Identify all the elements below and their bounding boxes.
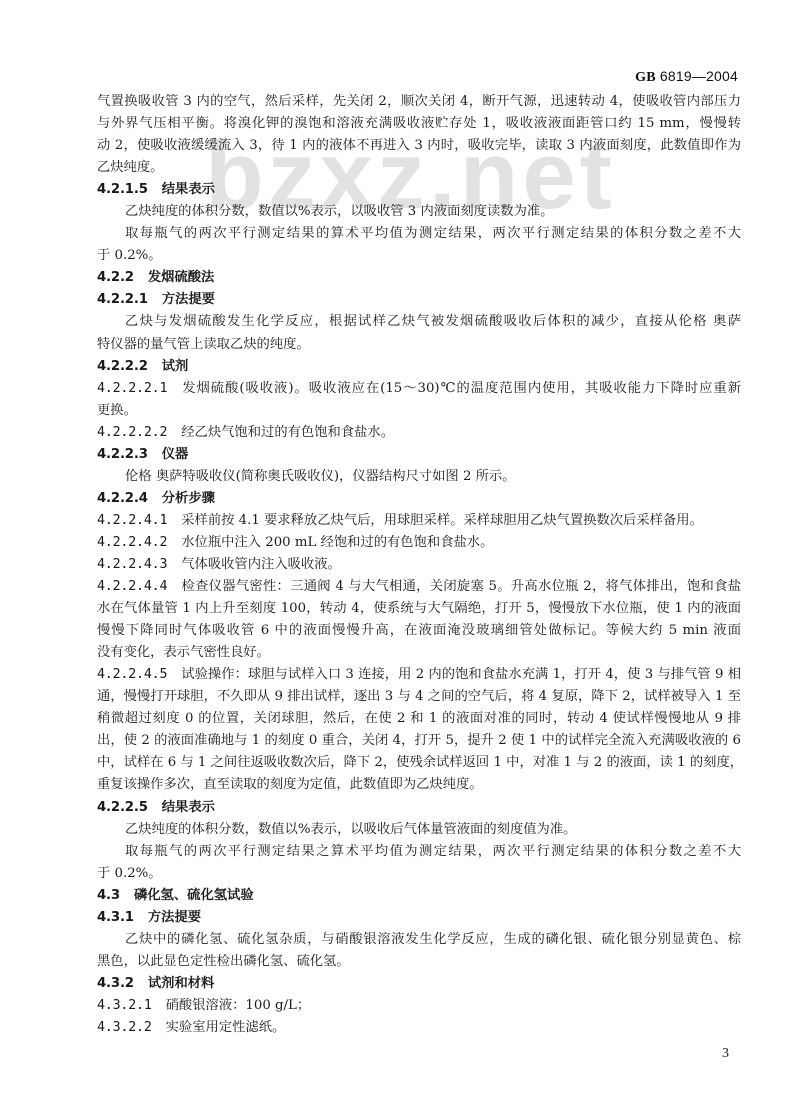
section-heading: 4.2.2.4分析步骤 [97, 488, 741, 510]
clause-number: 4.2.2.4.3 [97, 557, 167, 572]
section-title: 结果表示 [162, 800, 215, 815]
section-number: 4.3 [97, 888, 120, 903]
section-number: 4.3.1 [97, 910, 134, 925]
clause-text: 试验操作：球胆与试样入口 3 连接，用 2 内的饱和食盐水充满 1，打开 4，使… [181, 667, 741, 682]
section-title: 结果表示 [162, 182, 215, 197]
standard-number-header: GB 6819—2004 [635, 68, 738, 86]
clause-line: 4.2.2.4.4检查仪器气密性：三通阀 4 与大气相通，关闭旋塞 5。升高水位… [97, 576, 741, 598]
clause-line: 4.2.2.4.5试验操作：球胆与试样入口 3 连接，用 2 内的饱和食盐水充满… [97, 664, 741, 686]
clause-number: 4.3.2.2 [97, 1020, 152, 1035]
section-heading: 4.2.2.2试剂 [97, 356, 741, 378]
paragraph-line: 中，试样在 6 与 1 之间往返吸收数次后，降下 2，使残余试样返回 1 中，对… [97, 752, 741, 774]
clause-number: 4.3.2.1 [97, 998, 152, 1013]
clause-text: 水位瓶中注入 200 mL 经饱和过的有色饱和食盐水。 [181, 535, 493, 550]
paragraph-line: 重复该操作多次，直至读取的刻度为定值，此数值即为乙炔纯度。 [97, 774, 741, 796]
clause-text: 经乙炔气饱和过的有色饱和食盐水。 [181, 425, 394, 440]
clause-number: 4.2.2.4.1 [97, 513, 167, 528]
clause-number: 4.2.2.4.2 [97, 535, 167, 550]
clause-number: 4.2.2.2.2 [97, 425, 167, 440]
paragraph-line: 黑色，以此显色定性检出磷化氢、硫化氢。 [97, 951, 741, 973]
paragraph-line: 通，慢慢打开球胆，不久即从 9 排出试样，逐出 3 与 4 之间的空气后，将 4… [97, 686, 741, 708]
clause-text: 检查仪器气密性：三通阀 4 与大气相通，关闭旋塞 5。升高水位瓶 2，将气体排出… [181, 579, 741, 594]
section-title: 试剂 [162, 359, 189, 374]
paragraph-line: 乙炔中的磷化氢、硫化氢杂质，与硝酸银溶液发生化学反应，生成的磷化银、硫化银分别显… [97, 929, 741, 951]
clause-text: 硝酸银溶液：100 g/L； [166, 998, 311, 1013]
section-heading: 4.2.2.1方法提要 [97, 289, 741, 311]
clause-number: 4.2.2.4.4 [97, 579, 167, 594]
section-heading: 4.3磷化氢、硫化氢试验 [97, 885, 741, 907]
section-heading: 4.2.1.5结果表示 [97, 179, 741, 201]
clause-text: 采样前按 4.1 要求释放乙炔气后，用球胆采样。采样球胆用乙炔气置换数次后采样备… [181, 513, 703, 528]
standard-prefix: GB [635, 70, 656, 85]
section-number: 4.2.2.3 [97, 447, 148, 462]
section-title: 仪器 [162, 447, 189, 462]
page-number: 3 [722, 1046, 729, 1062]
paragraph-line: 水在气体量管 1 内上升至刻度 100，转动 4，使系统与大气隔绝，打开 5，慢… [97, 598, 741, 620]
section-title: 方法提要 [148, 910, 201, 925]
clause-line: 4.3.2.2实验室用定性滤纸。 [97, 1017, 741, 1039]
section-number: 4.3.2 [97, 976, 134, 991]
clause-text: 气体吸收管内注入吸收液。 [181, 557, 341, 572]
section-heading: 4.3.2试剂和材料 [97, 973, 741, 995]
paragraph-line: 没有变化，表示气密性良好。 [97, 642, 741, 664]
paragraph-line: 乙炔纯度的体积分数，数值以%表示，以吸收管 3 内液面刻度读数为准。 [97, 201, 741, 223]
paragraph-line: 乙炔与发烟硫酸发生化学反应，根据试样乙炔气被发烟硫酸吸收后体积的减少，直接从伦格… [97, 311, 741, 333]
paragraph-line: 特仪器的量气管上读取乙炔的纯度。 [97, 334, 741, 356]
clause-text: 发烟硫酸(吸收液)。吸收液应在(15～30)℃的温度范围内使用，其吸收能力下降时… [181, 381, 741, 396]
paragraph-line: 取每瓶气的两次平行测定结果之算术平均值为测定结果，两次平行测定结果的体积分数之差… [97, 841, 741, 863]
paragraph-line: 更换。 [97, 400, 741, 422]
section-title: 发烟硫酸法 [148, 270, 214, 285]
clause-number: 4.2.2.4.5 [97, 667, 167, 682]
clause-line: 4.2.2.2.2经乙炔气饱和过的有色饱和食盐水。 [97, 422, 741, 444]
section-title: 磷化氢、硫化氢试验 [134, 888, 254, 903]
section-heading: 4.2.2.3仪器 [97, 444, 741, 466]
section-title: 试剂和材料 [148, 976, 214, 991]
section-title: 方法提要 [162, 292, 215, 307]
paragraph-line: 动 2，使吸收液缓缓流入 3，待 1 内的液体不再进入 3 内时，吸收完毕，读取… [97, 135, 741, 157]
clause-number: 4.2.2.2.1 [97, 381, 167, 396]
clause-line: 4.3.2.1硝酸银溶液：100 g/L； [97, 995, 741, 1017]
document-page: GB 6819—2004 bzxz.net 气置换吸收管 3 内的空气，然后采样… [0, 0, 800, 1107]
section-number: 4.2.2.1 [97, 292, 148, 307]
section-number: 4.2.2.2 [97, 359, 148, 374]
paragraph-line: 乙炔纯度的体积分数，数值以%表示，以吸收后气体量管液面的刻度值为准。 [97, 819, 741, 841]
section-heading: 4.3.1方法提要 [97, 907, 741, 929]
section-heading: 4.2.2.5结果表示 [97, 797, 741, 819]
section-heading: 4.2.2发烟硫酸法 [97, 267, 741, 289]
clause-line: 4.2.2.4.1采样前按 4.1 要求释放乙炔气后，用球胆采样。采样球胆用乙炔… [97, 510, 741, 532]
clause-text: 实验室用定性滤纸。 [166, 1020, 286, 1035]
section-number: 4.2.2.4 [97, 491, 148, 506]
section-number: 4.2.2.5 [97, 800, 148, 815]
paragraph-line: 于 0.2%。 [97, 245, 741, 267]
clause-line: 4.2.2.4.2水位瓶中注入 200 mL 经饱和过的有色饱和食盐水。 [97, 532, 741, 554]
paragraph-line: 于 0.2%。 [97, 863, 741, 885]
paragraph-line: 气置换吸收管 3 内的空气，然后采样，先关闭 2，顺次关闭 4，断开气源，迅速转… [97, 91, 741, 113]
paragraph-line: 乙炔纯度。 [97, 157, 741, 179]
standard-number: 6819—2004 [660, 68, 738, 84]
paragraph-line: 出，使 2 的液面准确地与 1 的刻度 0 重合，关闭 4，打开 5，提升 2 … [97, 730, 741, 752]
paragraph-line: 取每瓶气的两次平行测定结果的算术平均值为测定结果，两次平行测定结果的体积分数之差… [97, 223, 741, 245]
paragraph-line: 慢慢下降同时气体吸收管 6 中的液面慢慢升高，在液面淹没玻璃细管处做标记。等候大… [97, 620, 741, 642]
paragraph-line: 伦格 奥萨特吸收仪(简称奥氏吸收仪)，仪器结构尺寸如图 2 所示。 [97, 466, 741, 488]
section-number: 4.2.1.5 [97, 182, 148, 197]
document-body: 气置换吸收管 3 内的空气，然后采样，先关闭 2，顺次关闭 4，断开气源，迅速转… [97, 91, 741, 1039]
section-title: 分析步骤 [162, 491, 215, 506]
paragraph-line: 与外界气压相平衡。将溴化钾的溴饱和溶液充满吸收液贮存处 1，吸收液液面距管口约 … [97, 113, 741, 135]
section-number: 4.2.2 [97, 270, 134, 285]
clause-line: 4.2.2.2.1发烟硫酸(吸收液)。吸收液应在(15～30)℃的温度范围内使用… [97, 378, 741, 400]
clause-line: 4.2.2.4.3气体吸收管内注入吸收液。 [97, 554, 741, 576]
paragraph-line: 稍微超过刻度 0 的位置，关闭球胆，然后，在使 2 和 1 的液面对准的同时，转… [97, 708, 741, 730]
